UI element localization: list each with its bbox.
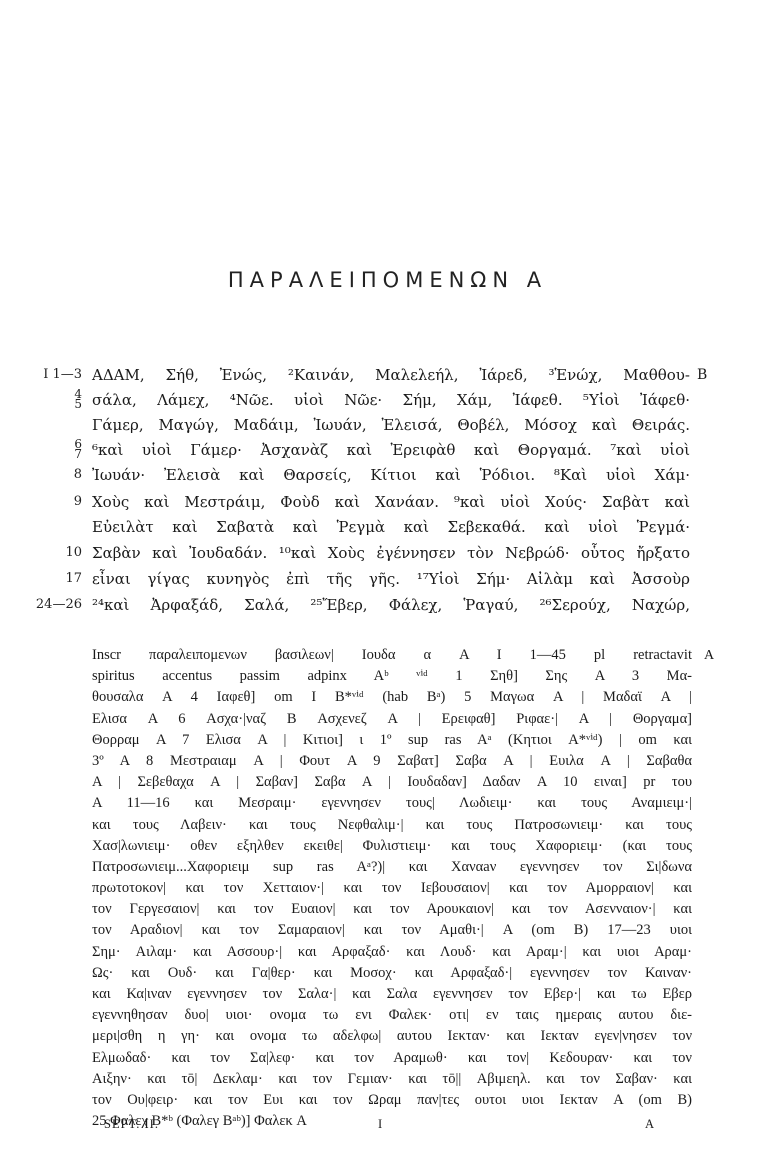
- main-text-line: 8 Ἰωυάν· Ἐλεισὰ καὶ Θαρσείς, Κίτιοι καὶ …: [0, 462, 775, 488]
- apparatus-line: τον Γεργεσαιον| και τον Ευαιον| και τον …: [92, 899, 692, 920]
- verse-text: ⁶καὶ υἱοὶ Γάμερ· Ἀσχανὰζ καὶ Ἐρειφὰθ καὶ…: [92, 437, 690, 463]
- main-text-line: 9 Χοὺς καὶ Μεστράιμ, Φοὺδ καὶ Χανάαν. ⁹κ…: [0, 489, 775, 515]
- apparatus-text: Inscr παραλειπομενων βασιλεων| Ιουδα α A…: [92, 647, 692, 663]
- critical-apparatus: Inscr παραλειπομενων βασιλεων| Ιουδα α A…: [92, 645, 692, 1132]
- apparatus-line: μερι|σθη η γη· και ονομα τω αδελφω| αυτο…: [92, 1026, 692, 1047]
- page-title: ΠΑΡΑΛΕΙΠΟΜΕΝΩΝ Α: [0, 268, 775, 292]
- main-text-line: 45 σάλα, Λάμεχ, ⁴Νῶε. υἱοὶ Νῶε· Σήμ, Χάμ…: [0, 387, 775, 413]
- main-text-line: 24—26 ²⁴καὶ Ἀρφαξάδ, Σαλά, ²⁵Ἔβερ, Φάλεχ…: [0, 592, 775, 618]
- apparatus-line: τον Αραδιον| και τον Σαμαραιον| και τον …: [92, 920, 692, 941]
- verse-reference: 24—26: [18, 592, 82, 618]
- main-text-line: Γάμερ, Μαγώγ, Μαδάιμ, Ἰωυάν, Ἐλεισά, Θοβ…: [0, 412, 775, 438]
- apparatus-line: θουσαλα A 4 Ιαφεθ] om I B*ᵛⁱᵈ (hab Bᵃ) 5…: [92, 687, 692, 708]
- verse-reference: 67: [68, 439, 82, 459]
- quire-mark: A: [645, 1117, 655, 1132]
- apparatus-line: Πατροσωνιειμ...Χαφοριειμ sup ras Aᵃ?)| κ…: [92, 857, 692, 878]
- main-text-line: 17 εἶναι γίγας κυνηγὸς ἐπὶ τῆς γῆς. ¹⁷Υἱ…: [0, 566, 775, 592]
- verse-reference: I 1—3: [30, 362, 82, 388]
- apparatus-line: Ελισα A 6 Ασχα·|ναζ B Ασχενεζ A | Ερειφα…: [92, 709, 692, 730]
- apparatus-line: πρωτοτοκον| και τον Χετταιον·| και τον Ι…: [92, 878, 692, 899]
- verse-text: Γάμερ, Μαγώγ, Μαδάιμ, Ἰωυάν, Ἐλεισά, Θοβ…: [92, 412, 690, 438]
- verse-text: Ἰωυάν· Ἐλεισὰ καὶ Θαρσείς, Κίτιοι καὶ Ῥό…: [92, 462, 690, 488]
- apparatus-line: Inscr παραλειπομενων βασιλεων| Ιουδα α A…: [92, 645, 692, 666]
- apparatus-line: Αιξην· και τō| Δεκλαμ· και τον Γεμιαν· κ…: [92, 1069, 692, 1090]
- margin-manuscript-marker: A: [704, 645, 714, 666]
- verse-text: εἶναι γίγας κυνηγὸς ἐπὶ τῆς γῆς. ¹⁷Υἱοὶ …: [92, 566, 690, 592]
- apparatus-line: Σημ· Αιλαμ· και Ασσουρ·| και Αρφαξαδ· κα…: [92, 942, 692, 963]
- apparatus-line: και τους Λαβειν· και τους Νεφθαλιμ·| και…: [92, 815, 692, 836]
- verse-reference: 17: [50, 566, 82, 592]
- verse-reference: 10: [50, 540, 82, 566]
- main-text-line: I 1—3 ΑΔΑΜ, Σήθ, Ἐνώς, ²Καινάν, Μαλελεήλ…: [0, 362, 775, 388]
- verse-text: Χοὺς καὶ Μεστράιμ, Φοὺδ καὶ Χανάαν. ⁹καὶ…: [92, 489, 690, 515]
- verse-text: Εὐειλὰτ καὶ Σαβατὰ καὶ Ῥεγμὰ καὶ Σεβεκαθ…: [92, 514, 690, 540]
- apparatus-line: A | Σεβεθαχα A | Σαβαν] Σαβα A | Ιουδαδα…: [92, 772, 692, 793]
- verse-reference: 9: [60, 489, 82, 515]
- main-text-line: 10 Σαβὰν καὶ Ἰουδαδάν. ¹⁰καὶ Χοὺς ἐγέννη…: [0, 540, 775, 566]
- apparatus-line: Ως· και Ουδ· και Γα|θερ· και Μοσοχ· και …: [92, 963, 692, 984]
- apparatus-line: Ελμωδαδ· και τον Σα|λεφ· και τον Αραμωθ·…: [92, 1048, 692, 1069]
- signature-mark: SEPT. II.: [104, 1117, 159, 1132]
- apparatus-line: 3º A 8 Μεστραιαμ A | Φουτ A 9 Σαβατ] Σαβ…: [92, 751, 692, 772]
- page-number: I: [378, 1117, 383, 1132]
- apparatus-line: τον Ου|φειρ· και τον Ευι και τον Ωραμ πα…: [92, 1090, 692, 1111]
- apparatus-line: Θορραμ A 7 Ελισα A | Κιτιοι] ι 1º sup ra…: [92, 730, 692, 751]
- margin-manuscript-marker: B: [697, 362, 707, 388]
- apparatus-line: εγεννηθησαν δυο| υιοι· ονομα τω ενι Φαλε…: [92, 1005, 692, 1026]
- verse-text: ΑΔΑΜ, Σήθ, Ἐνώς, ²Καινάν, Μαλελεήλ, Ἰάρε…: [92, 362, 690, 388]
- verse-text: Σαβὰν καὶ Ἰουδαδάν. ¹⁰καὶ Χοὺς ἐγέννησεν…: [92, 540, 690, 566]
- apparatus-line: Χασ|λωνιειμ· οθεν εξηλθεν εκειθε| Φυλιστ…: [92, 836, 692, 857]
- apparatus-line: 25 Φαλεχ B*ᵇ (Φαλεγ Bᵃᵇ)] Φαλεκ A: [92, 1111, 692, 1132]
- verse-text: ²⁴καὶ Ἀρφαξάδ, Σαλά, ²⁵Ἔβερ, Φάλεχ, Ῥαγα…: [92, 592, 690, 618]
- apparatus-line: και Κα|ιναν εγεννησεν τον Σαλα·| και Σαλ…: [92, 984, 692, 1005]
- verse-reference: 8: [60, 462, 82, 488]
- main-text-line: 67 ⁶καὶ υἱοὶ Γάμερ· Ἀσχανὰζ καὶ Ἐρειφὰθ …: [0, 437, 775, 463]
- main-text-line: Εὐειλὰτ καὶ Σαβατὰ καὶ Ῥεγμὰ καὶ Σεβεκαθ…: [0, 514, 775, 540]
- verse-text: σάλα, Λάμεχ, ⁴Νῶε. υἱοὶ Νῶε· Σήμ, Χάμ, Ἰ…: [92, 387, 690, 413]
- apparatus-line: spiritus accentus passim adpinx Aᵇ ᵛⁱᵈ 1…: [92, 666, 692, 687]
- verse-reference: 45: [68, 389, 82, 409]
- apparatus-line: A 11—16 και Μεσραιμ· εγεννησεν τους| Λωδ…: [92, 793, 692, 814]
